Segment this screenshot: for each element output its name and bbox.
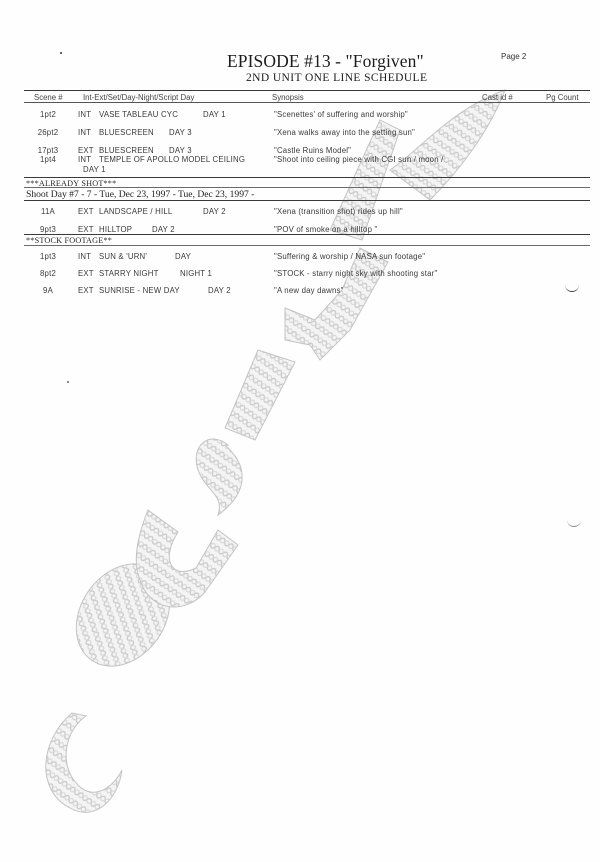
script-day: DAY 2 <box>152 225 175 234</box>
scene-number: 1pt4 <box>24 155 72 164</box>
section-rule <box>24 187 590 188</box>
document-title: EPISODE #13 - "Forgiven" <box>227 51 424 72</box>
col-header-cast: Cast id # <box>482 93 513 102</box>
scene-number: 11A <box>24 207 72 216</box>
section-rule <box>24 200 590 201</box>
col-header-synopsis: Synopsis <box>272 93 304 102</box>
int-ext: EXT <box>78 286 94 295</box>
int-ext: EXT <box>78 207 94 216</box>
scene-number: 17pt3 <box>24 146 72 155</box>
header-top-rule <box>24 90 590 91</box>
int-ext: INT <box>78 128 91 137</box>
scene-number: 9pt3 <box>24 225 72 234</box>
scan-speck <box>67 381 69 383</box>
section-rule <box>24 245 590 246</box>
synopsis: "Shoot into ceiling piece with CGI sun /… <box>274 155 444 164</box>
script-day: DAY 1 <box>83 165 106 174</box>
synopsis: "Scenettes' of suffering and worship" <box>274 110 408 119</box>
int-ext: EXT <box>78 146 94 155</box>
int-ext: EXT <box>78 269 94 278</box>
set-name: SUN & 'URN' <box>99 252 147 261</box>
int-ext: INT <box>78 110 91 119</box>
col-header-int-ext: Int-Ext/Set/Day-Night/Script Day <box>83 93 194 102</box>
set-name: VASE TABLEAU CYC <box>99 110 178 119</box>
scene-number: 9A <box>24 286 72 295</box>
synopsis: "Suffering & worship / NASA sun footage" <box>274 252 425 261</box>
set-name: BLUESCREEN <box>99 128 154 137</box>
scene-number: 1pt3 <box>24 252 72 261</box>
synopsis: "A new day dawns" <box>274 286 344 295</box>
header-bottom-rule <box>24 102 590 103</box>
synopsis: "Xena walks away into the setting sun" <box>274 128 415 137</box>
schedule-page: EPISODE #13 - "Forgiven" 2ND UNIT ONE LI… <box>0 0 600 862</box>
col-header-pg-count: Pg Count <box>546 93 579 102</box>
set-name: HILLTOP <box>99 225 132 234</box>
int-ext: INT <box>78 252 91 261</box>
script-day: DAY 2 <box>208 286 231 295</box>
script-day: DAY 3 <box>169 128 192 137</box>
scan-speck <box>60 52 62 54</box>
section-rule <box>24 177 590 178</box>
script-day: DAY 3 <box>169 146 192 155</box>
synopsis: "Xena (transition shot) rides up hill" <box>274 207 403 216</box>
int-ext: EXT <box>78 225 94 234</box>
set-name: SUNRISE - NEW DAY <box>99 286 180 295</box>
set-name: BLUESCREEN <box>99 146 154 155</box>
section-heading-stock-footage: **STOCK FOOTAGE** <box>26 236 112 245</box>
set-name: LANDSCAPE / HILL <box>99 207 172 216</box>
script-day: DAY 1 <box>203 110 226 119</box>
shoot-day-banner: Shoot Day #7 - 7 - Tue, Dec 23, 1997 - T… <box>26 189 254 200</box>
scene-number: 8pt2 <box>24 269 72 278</box>
document-subtitle: 2ND UNIT ONE LINE SCHEDULE <box>246 72 427 84</box>
script-day: DAY 2 <box>203 207 226 216</box>
scan-mark <box>565 284 579 292</box>
script-day: DAY <box>175 252 191 261</box>
synopsis: "POV of smoke on a hilltop " <box>274 225 377 234</box>
synopsis: "Castle Ruins Model" <box>274 146 351 155</box>
page-number: Page 2 <box>501 52 526 61</box>
set-name: TEMPLE OF APOLLO MODEL CEILING <box>99 155 245 164</box>
scene-number: 26pt2 <box>24 128 72 137</box>
col-header-scene: Scene # <box>34 93 63 102</box>
int-ext: INT <box>78 155 91 164</box>
set-name: STARRY NIGHT <box>99 269 159 278</box>
script-day: NIGHT 1 <box>180 269 212 278</box>
scene-number: 1pt2 <box>24 110 72 119</box>
synopsis: "STOCK - starry night sky with shooting … <box>274 269 437 278</box>
scan-mark <box>567 519 581 527</box>
section-rule <box>24 234 590 235</box>
